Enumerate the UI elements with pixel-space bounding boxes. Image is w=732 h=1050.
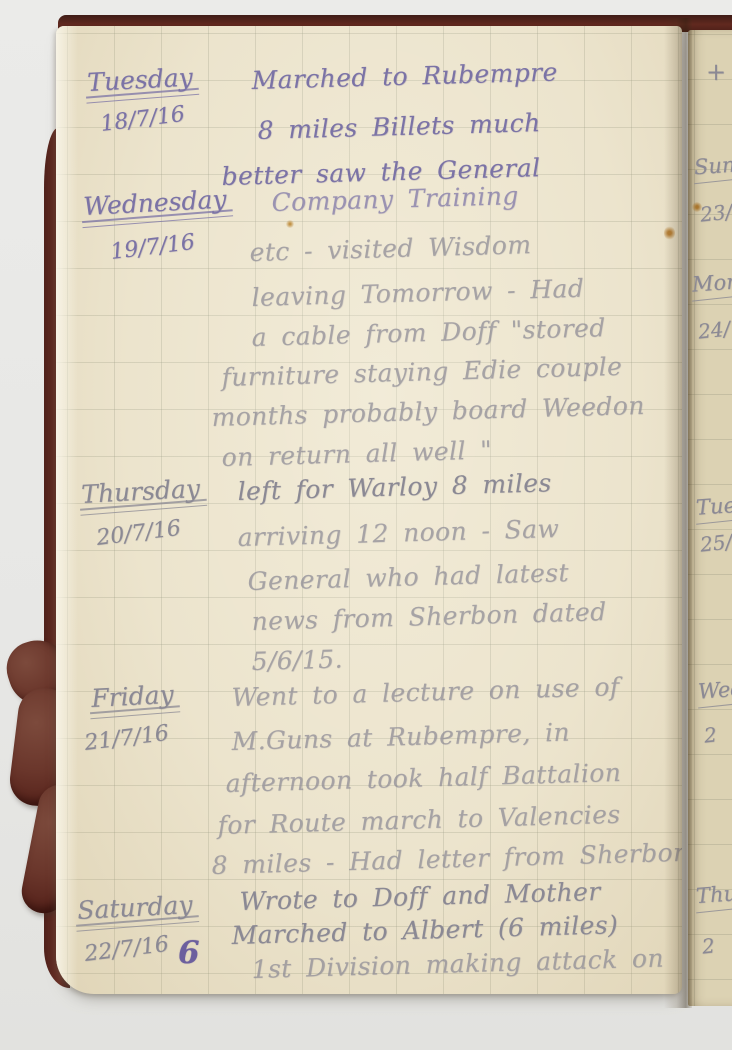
- entry-day-label: Wednesday: [83, 187, 227, 219]
- next-day-label: Tues: [695, 494, 732, 518]
- entry-line: 8 miles Billets much: [257, 110, 541, 143]
- entry-line: 1st Division making attack on: [251, 945, 664, 982]
- next-day-label: Thurs: [695, 882, 732, 907]
- entry-line: General who had latest: [247, 560, 569, 594]
- diary-left-page: Tuesday 18/7/16 Marched to Rubempre 8 mi…: [56, 26, 682, 994]
- entry-day-label: Thursday: [81, 476, 201, 507]
- next-date: 25/: [699, 531, 732, 554]
- entry-line: furniture staying Edie couple: [221, 354, 622, 390]
- diary-right-page-edge: + Sun 23/ Mon 24/ Tues 25/ Wed 2 Thurs 2: [688, 30, 732, 1006]
- entry-day-label: Tuesday: [87, 65, 194, 95]
- entry-line: a cable from Doff "stored: [251, 315, 606, 350]
- overwritten-digit: 6: [178, 938, 200, 969]
- entry-date: 21/7/16: [83, 723, 170, 755]
- entry-line: Went to a lecture on use of: [231, 674, 619, 710]
- next-day-label: Sun: [693, 155, 732, 179]
- entry-date: 19/7/16: [109, 232, 196, 264]
- entry-line: left for Warloy 8 miles: [237, 470, 552, 504]
- next-date: 24/: [697, 318, 731, 341]
- entry-line: for Route march to Valencies: [217, 802, 621, 838]
- entry-line: afternoon took half Battalion: [225, 760, 621, 796]
- entry-line: 8 miles - Had letter from Sherbon: [211, 840, 682, 878]
- entry-line: 5/6/15.: [251, 646, 343, 674]
- entry-line: etc - visited Wisdom: [249, 232, 531, 265]
- corner-mark: +: [706, 60, 726, 84]
- entry-line: Company Training: [271, 183, 519, 215]
- next-date: 2: [701, 935, 716, 956]
- entry-line: on return all well ": [221, 437, 492, 470]
- entry-line: Marched to Albert (6 miles): [231, 912, 618, 948]
- next-date: 23/: [699, 201, 732, 224]
- next-day-label: Wed: [697, 678, 732, 702]
- next-day-label: Mon: [691, 271, 732, 295]
- foxing-spot: [286, 220, 294, 228]
- entry-line: news from Sherbon dated: [251, 599, 607, 634]
- entry-line: Wrote to Doff and Mother: [239, 879, 601, 914]
- entry-day-label: Friday: [91, 682, 175, 711]
- entry-date: 20/7/16: [95, 518, 182, 550]
- entry-line: arriving 12 noon - Saw: [237, 516, 559, 550]
- entry-line: months probably board Weedon: [211, 393, 645, 430]
- entry-date: 18/7/16: [99, 104, 186, 136]
- scanned-diary-photo: Tuesday 18/7/16 Marched to Rubempre 8 mi…: [0, 0, 732, 1050]
- entry-day-label: Saturday: [77, 892, 193, 923]
- foxing-spot: [664, 226, 675, 240]
- next-date: 2: [703, 724, 718, 745]
- entry-line: leaving Tomorrow - Had: [251, 276, 584, 310]
- entry-line: Marched to Rubempre: [251, 59, 558, 93]
- entry-date: 22/7/16: [83, 934, 170, 966]
- entry-line: M.Guns at Rubempre, in: [231, 720, 570, 754]
